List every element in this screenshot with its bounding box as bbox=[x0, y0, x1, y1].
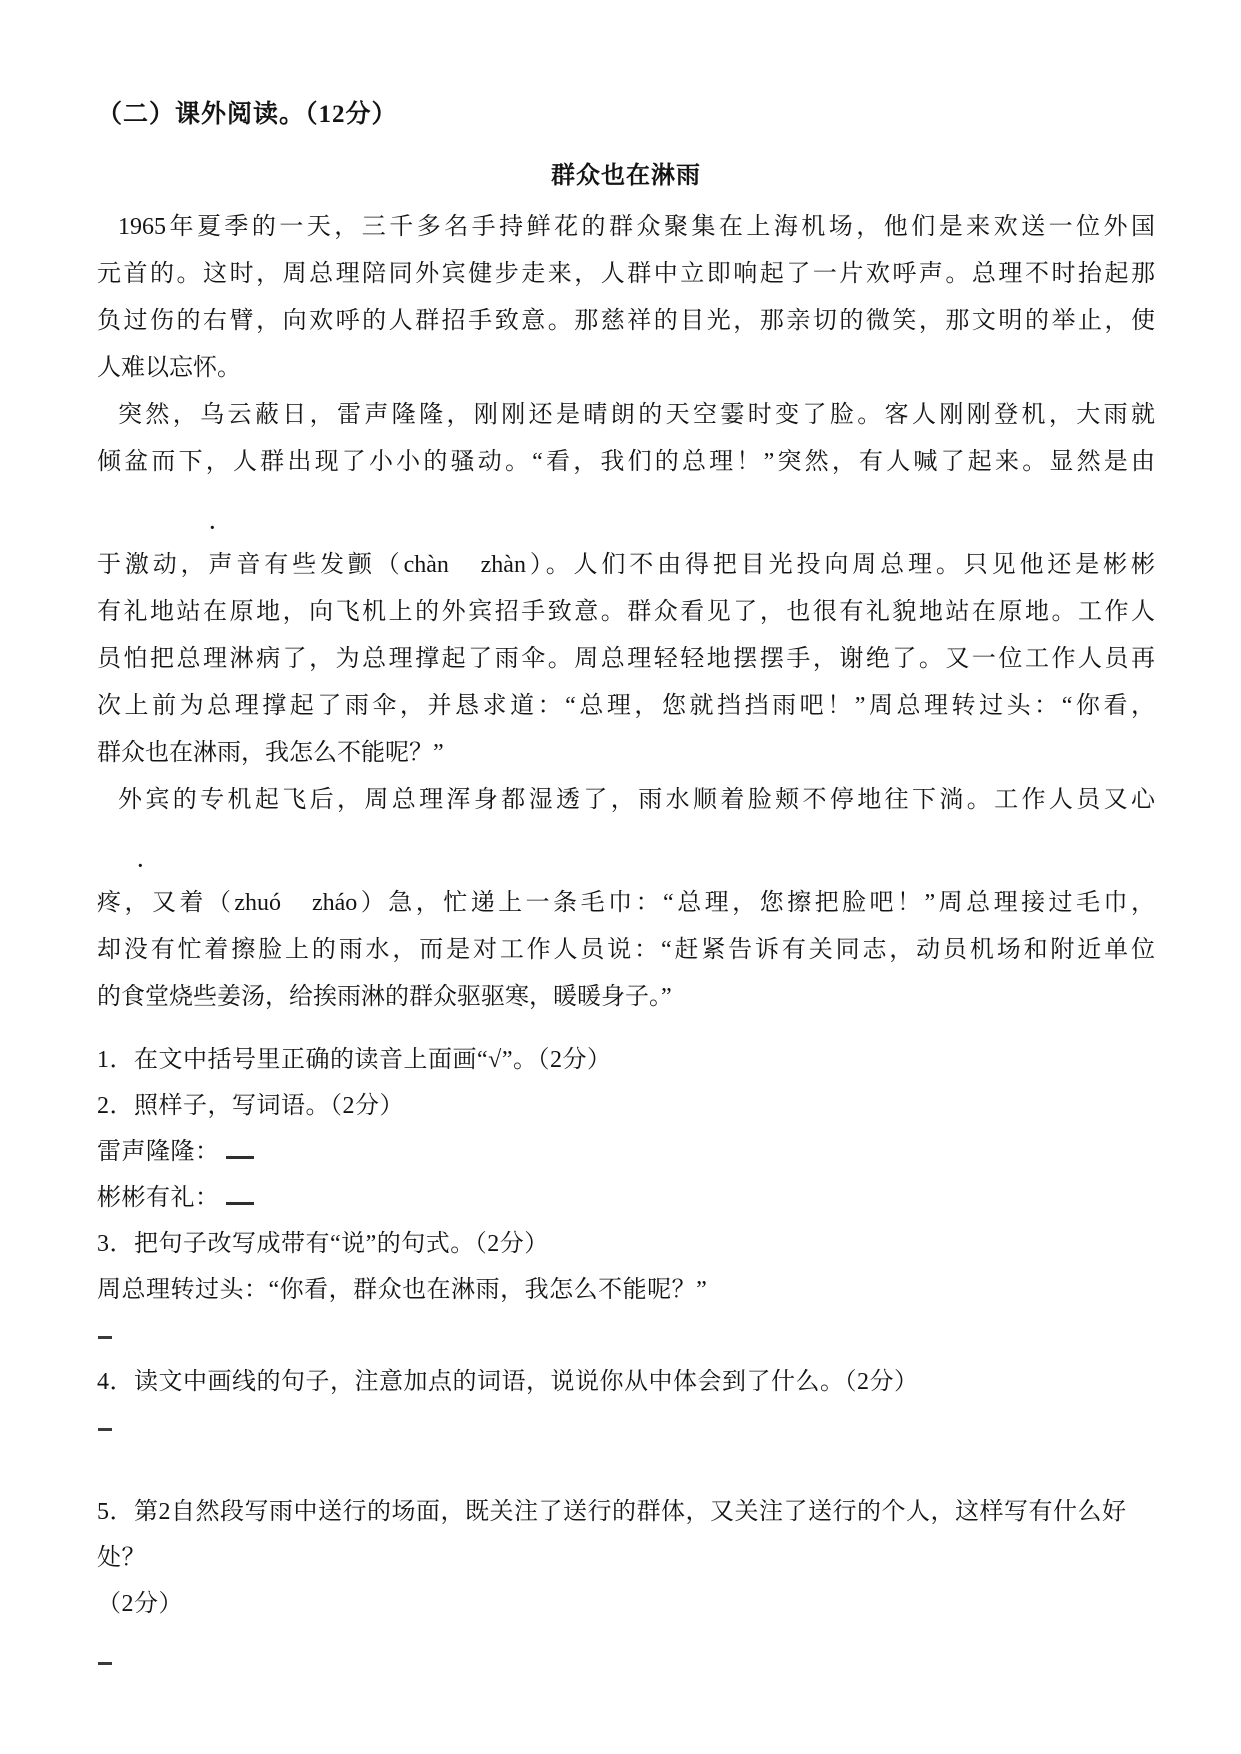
passage-line-text: 元首的。这时，周总理陪同外宾健步走来，人群中立即响起了一片欢呼声。总理不时抬起那 bbox=[97, 261, 1155, 287]
passage-line-text: 群众也在淋雨，我怎么不能呢？” bbox=[97, 740, 444, 766]
passage-line: 倾盆而下，人群出现了小小的骚动。“看，我们的总理！”突然，有人喊了起来。显然是由 bbox=[97, 439, 1155, 486]
answer-blank bbox=[98, 1428, 112, 1431]
passage-line: 负过伤的右臂，向欢呼的人群招手致意。那慈祥的目光，那亲切的微笑，那文明的举止，使 bbox=[97, 298, 1155, 345]
question-line: 4．读文中画线的句子，注意加点的词语，说说你从中体会到了什么。（2分） bbox=[97, 1359, 1155, 1405]
question-line-text: 4．读文中画线的句子，注意加点的词语，说说你从中体会到了什么。（2分） bbox=[97, 1369, 919, 1395]
passage-line-text: · bbox=[209, 517, 216, 539]
passage-title: 群众也在淋雨 bbox=[97, 155, 1155, 190]
question-line bbox=[97, 1405, 1155, 1451]
answer-blank bbox=[226, 1138, 254, 1159]
passage-line: 元首的。这时，周总理陪同外宾健步走来，人群中立即响起了一片欢呼声。总理不时抬起那 bbox=[97, 251, 1155, 298]
question-line: 彬彬有礼： bbox=[97, 1175, 1155, 1221]
passage-line-text: 负过伤的右臂，向欢呼的人群招手致意。那慈祥的目光，那亲切的微笑，那文明的举止，使 bbox=[97, 308, 1155, 334]
question-line-text: 2．照样子，写词语。（2分） bbox=[97, 1093, 404, 1119]
passage-line: 有礼地站在原地，向飞机上的外宾招手致意。群众看见了，也很有礼貌地站在原地。工作人 bbox=[97, 589, 1155, 636]
passage-line: 突然，乌云蔽日，雷声隆隆，刚刚还是晴朗的天空霎时变了脸。客人刚刚登机，大雨就 bbox=[97, 392, 1155, 439]
passage-line-text: 疼，又着（zhuó zháo）急，忙递上一条毛巾：“总理，您擦把脸吧！”周总理接… bbox=[97, 890, 1155, 916]
passage-body: 1965年夏季的一天，三千多名手持鲜花的群众聚集在上海机场，他们是来欢送一位外国… bbox=[97, 204, 1155, 1021]
question-line-text: （2分） bbox=[97, 1591, 183, 1617]
passage-line-text: 倾盆而下，人群出现了小小的骚动。“看，我们的总理！”突然，有人喊了起来。显然是由 bbox=[97, 449, 1155, 475]
passage-line-text: 于激动，声音有些发颤（chàn zhàn）。人们不由得把目光投向周总理。只见他还… bbox=[97, 552, 1155, 578]
question-line-text: 3．把句子改写成带有“说”的句式。（2分） bbox=[97, 1231, 549, 1257]
question-line bbox=[97, 1639, 1155, 1685]
passage-line-text: 却没有忙着擦脸上的雨水，而是对工作人员说：“赶紧告诉有关同志，动员机场和附近单位 bbox=[97, 937, 1155, 963]
passage-line: 群众也在淋雨，我怎么不能呢？” bbox=[97, 730, 1155, 777]
question-line-text: 1．在文中括号里正确的读音上面画“√”。（2分） bbox=[97, 1047, 611, 1073]
passage-line-text: 突然，乌云蔽日，雷声隆隆，刚刚还是晴朗的天空霎时变了脸。客人刚刚登机，大雨就 bbox=[118, 402, 1155, 428]
passage-line-text: 次上前为总理撑起了雨伞，并恳求道：“总理，您就挡挡雨吧！”周总理转过头：“你看， bbox=[97, 693, 1155, 719]
question-line: 5．第2自然段写雨中送行的场面，既关注了送行的群体，又关注了送行的个人，这样写有… bbox=[97, 1489, 1155, 1581]
passage-line: 的食堂烧些姜汤，给挨雨淋的群众驱驱寒，暖暖身子。” bbox=[97, 974, 1155, 1021]
passage-line-text: 人难以忘怀。 bbox=[97, 355, 241, 381]
question-line-text: 彬彬有礼： bbox=[97, 1185, 220, 1211]
passage-line-text: 外宾的专机起飞后，周总理浑身都湿透了，雨水顺着脸颊不停地往下淌。工作人员又心 bbox=[118, 787, 1155, 813]
passage-line: 人难以忘怀。 bbox=[97, 345, 1155, 392]
passage-line: · bbox=[97, 486, 1155, 542]
passage-line-text: 员怕把总理淋病了，为总理撑起了雨伞。周总理轻轻地摆摆手，谢绝了。又一位工作人员再 bbox=[97, 646, 1155, 672]
question-line: 3．把句子改写成带有“说”的句式。（2分） bbox=[97, 1221, 1155, 1267]
question-line: 1．在文中括号里正确的读音上面画“√”。（2分） bbox=[97, 1037, 1155, 1083]
question-line-text: 5．第2自然段写雨中送行的场面，既关注了送行的群体，又关注了送行的个人，这样写有… bbox=[97, 1499, 1127, 1571]
exam-paper-page: （二）课外阅读。（12分） 群众也在淋雨 1965年夏季的一天，三千多名手持鲜花… bbox=[0, 0, 1241, 1754]
section-heading: （二）课外阅读。（12分） bbox=[97, 100, 1155, 130]
passage-line-text: 1965年夏季的一天，三千多名手持鲜花的群众聚集在上海机场，他们是来欢送一位外国 bbox=[118, 214, 1155, 240]
question-line bbox=[97, 1313, 1155, 1359]
question-line-text: 周总理转过头：“你看，群众也在淋雨，我怎么不能呢？” bbox=[97, 1277, 707, 1303]
question-line: 周总理转过头：“你看，群众也在淋雨，我怎么不能呢？” bbox=[97, 1267, 1155, 1313]
passage-line: 于激动，声音有些发颤（chàn zhàn）。人们不由得把目光投向周总理。只见他还… bbox=[97, 542, 1155, 589]
passage-line-text: 的食堂烧些姜汤，给挨雨淋的群众驱驱寒，暖暖身子。” bbox=[97, 984, 672, 1010]
passage-line: 外宾的专机起飞后，周总理浑身都湿透了，雨水顺着脸颊不停地往下淌。工作人员又心 bbox=[97, 777, 1155, 824]
answer-blank bbox=[98, 1336, 112, 1339]
question-line: （2分） bbox=[97, 1581, 1155, 1627]
passage-line: 1965年夏季的一天，三千多名手持鲜花的群众聚集在上海机场，他们是来欢送一位外国 bbox=[97, 204, 1155, 251]
passage-line: · bbox=[97, 824, 1155, 880]
question-line: 雷声隆隆： bbox=[97, 1129, 1155, 1175]
question-line: 2．照样子，写词语。（2分） bbox=[97, 1083, 1155, 1129]
questions-section: 1．在文中括号里正确的读音上面画“√”。（2分） 2．照样子，写词语。（2分） … bbox=[97, 1037, 1155, 1685]
passage-line: 疼，又着（zhuó zháo）急，忙递上一条毛巾：“总理，您擦把脸吧！”周总理接… bbox=[97, 880, 1155, 927]
question-line-text: 雷声隆隆： bbox=[97, 1139, 220, 1165]
passage-line-text: 有礼地站在原地，向飞机上的外宾招手致意。群众看见了，也很有礼貌地站在原地。工作人 bbox=[97, 599, 1155, 625]
passage-line: 却没有忙着擦脸上的雨水，而是对工作人员说：“赶紧告诉有关同志，动员机场和附近单位 bbox=[97, 927, 1155, 974]
passage-line: 次上前为总理撑起了雨伞，并恳求道：“总理，您就挡挡雨吧！”周总理转过头：“你看， bbox=[97, 683, 1155, 730]
passage-line-text: · bbox=[137, 855, 144, 877]
answer-blank bbox=[226, 1184, 254, 1205]
answer-blank bbox=[98, 1662, 112, 1665]
passage-line: 员怕把总理淋病了，为总理撑起了雨伞。周总理轻轻地摆摆手，谢绝了。又一位工作人员再 bbox=[97, 636, 1155, 683]
